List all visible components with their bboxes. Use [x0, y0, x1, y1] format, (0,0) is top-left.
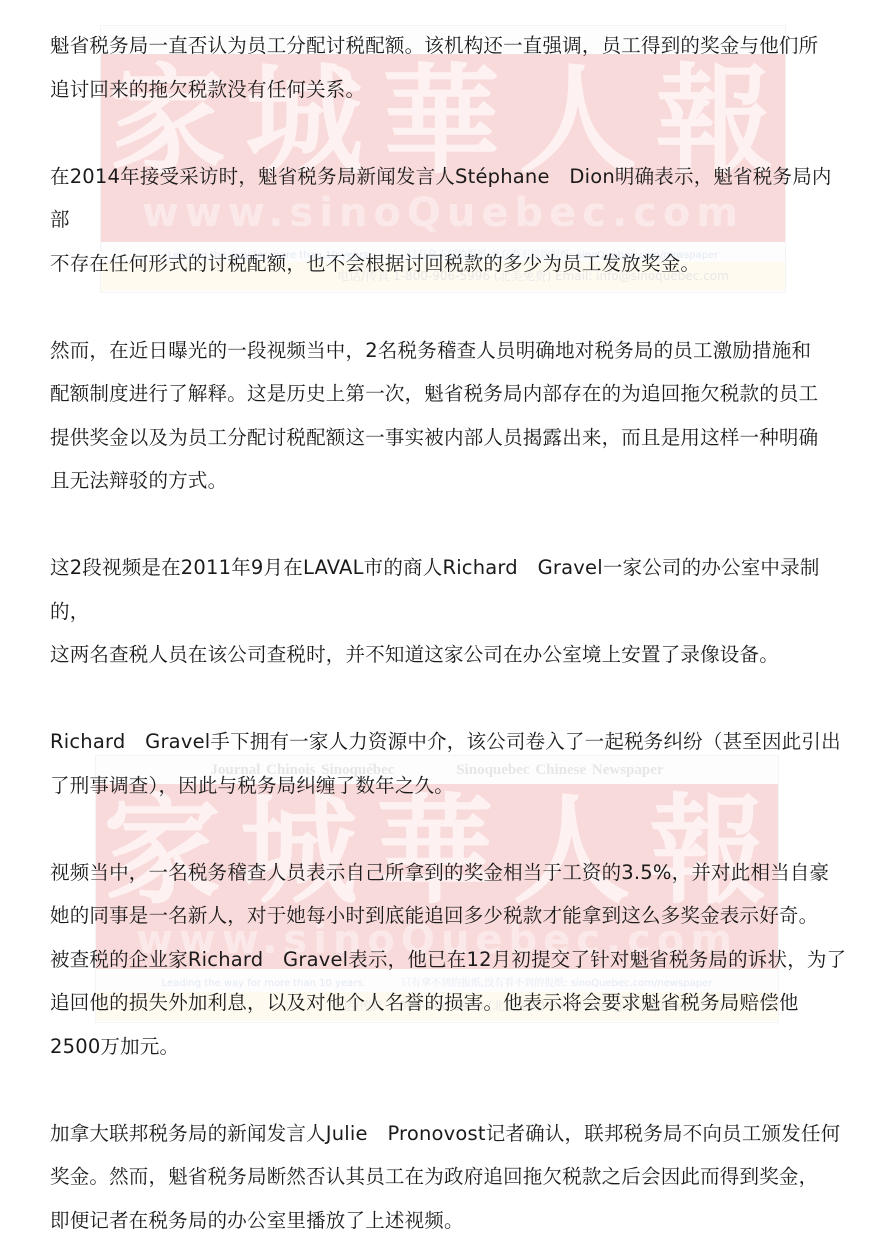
text-line: 魁省税务局一直否认为员工分配讨税配额。该机构还一直强调，员工得到的奖金与他们所 [50, 34, 818, 57]
text-line: 不存在任何形式的讨税配额，也不会根据讨回税款的多少为员工发放奖金。 [50, 252, 700, 275]
text-line: 即便记者在税务局的办公室里播放了上述视频。 [50, 1209, 464, 1232]
text-line: 2500万加元。 [50, 1035, 179, 1058]
text-line: 追回他的损失外加利息，以及对他个人名誉的损害。他表示将会要求魁省税务局赔偿他 [50, 991, 799, 1014]
text-line: 在2014年接受采访时，魁省税务局新闻发言人Stéphane Dion明确表示，… [50, 165, 832, 232]
text-line: 然而，在近日曝光的一段视频当中，2名税务稽查人员明确地对税务局的员工激励措施和 [50, 339, 811, 362]
paragraph-video-recording: 这2段视频是在2011年9月在LAVAL市的商人Richard Gravel一家… [50, 546, 850, 677]
text-line: Richard Gravel手下拥有一家人力资源中介，该公司卷入了一起税务纠纷（… [50, 730, 841, 753]
paragraph-gravel-dispute: Richard Gravel手下拥有一家人力资源中介，该公司卷入了一起税务纠纷（… [50, 720, 850, 807]
paragraph-2014-interview: 在2014年接受采访时，魁省税务局新闻发言人Stéphane Dion明确表示，… [50, 155, 850, 286]
text-line: 配额制度进行了解释。这是历史上第一次，魁省税务局内部存在的为追回拖欠税款的员工 [50, 382, 818, 405]
text-line: 这2段视频是在2011年9月在LAVAL市的商人Richard Gravel一家… [50, 556, 820, 623]
paragraph-quota-denial: 魁省税务局一直否认为员工分配讨税配额。该机构还一直强调，员工得到的奖金与他们所 … [50, 24, 850, 111]
text-line: 她的同事是一名新人，对于她每小时到底能追回多少税款才能拿到这么多奖金表示好奇。 [50, 904, 818, 927]
article-body: 魁省税务局一直否认为员工分配讨税配额。该机构还一直强调，员工得到的奖金与他们所 … [50, 24, 850, 1234]
text-line: 视频当中，一名税务稽查人员表示自己所拿到的奖金相当于工资的3.5%，并对此相当自… [50, 861, 829, 884]
paragraph-video-revelation: 然而，在近日曝光的一段视频当中，2名税务稽查人员明确地对税务局的员工激励措施和 … [50, 329, 850, 503]
text-line: 加拿大联邦税务局的新闻发言人Julie Pronovost记者确认，联邦税务局不… [50, 1122, 840, 1145]
text-line: 且无法辩驳的方式。 [50, 469, 227, 492]
text-line: 奖金。然而，魁省税务局断然否认其员工在为政府追回拖欠税款之后会因此而得到奖金， [50, 1165, 818, 1188]
paragraph-federal-agency: 加拿大联邦税务局的新闻发言人Julie Pronovost记者确认，联邦税务局不… [50, 1112, 850, 1234]
text-line: 追讨回来的拖欠税款没有任何关系。 [50, 78, 365, 101]
text-line: 提供奖金以及为员工分配讨税配额这一事实被内部人员揭露出来，而且是用这样一种明确 [50, 426, 818, 449]
text-line: 这两名查税人员在该公司查税时，并不知道这家公司在办公室境上安置了录像设备。 [50, 643, 779, 666]
text-line: 被查税的企业家Richard Gravel表示，他已在12月初提交了针对魁省税务… [50, 948, 846, 971]
text-line: 了刑事调查），因此与税务局纠缠了数年之久。 [50, 774, 454, 797]
paragraph-bonus-lawsuit: 视频当中，一名税务稽查人员表示自己所拿到的奖金相当于工资的3.5%，并对此相当自… [50, 851, 850, 1069]
